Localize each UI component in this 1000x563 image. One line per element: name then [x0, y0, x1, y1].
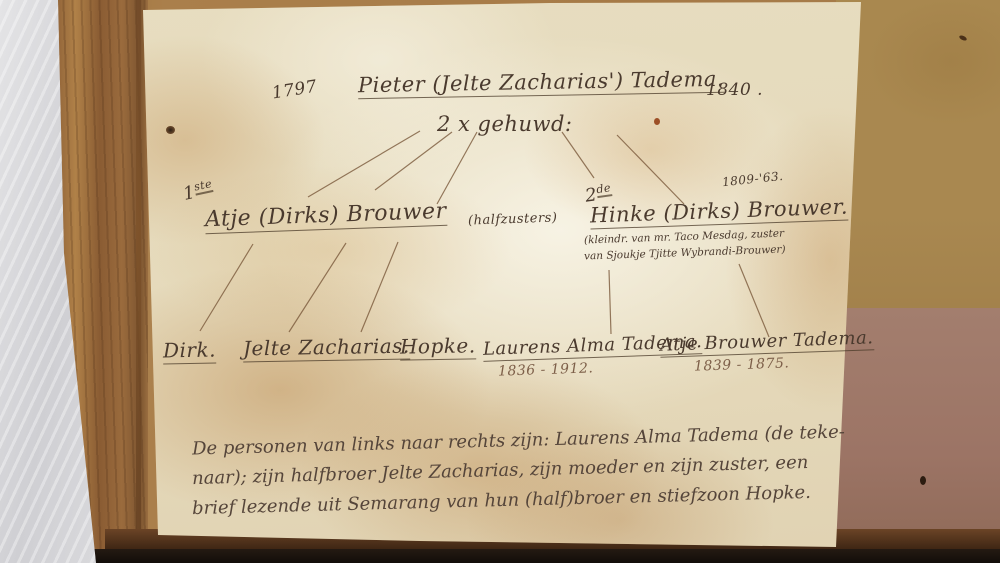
child-dirk: Dirk. — [163, 338, 216, 365]
photo-of-genealogy-document: 1797 Pieter (Jelte Zacharias') Tadema. 1… — [0, 0, 1000, 563]
laurens-dates: 1836 - 1912. — [498, 360, 594, 379]
cardboard-speck-bottom — [920, 476, 926, 485]
child-jelte-zacharias: Jelte Zacharias. — [243, 334, 410, 363]
half-sisters-note: (halfzusters) — [468, 210, 558, 228]
married-twice-label: 2 x gehuwd: — [437, 112, 572, 136]
atje-dates: 1839 - 1875. — [694, 355, 790, 374]
death-year: 1840 . — [706, 80, 763, 100]
cardboard-crack — [136, 0, 141, 563]
cardboard-right-top — [836, 0, 1000, 308]
dark-bottom-strip — [86, 549, 1000, 563]
paper-red-speck — [654, 118, 660, 125]
paper-hole-speck — [166, 126, 175, 134]
child-hopke: Hopke. — [400, 333, 476, 360]
